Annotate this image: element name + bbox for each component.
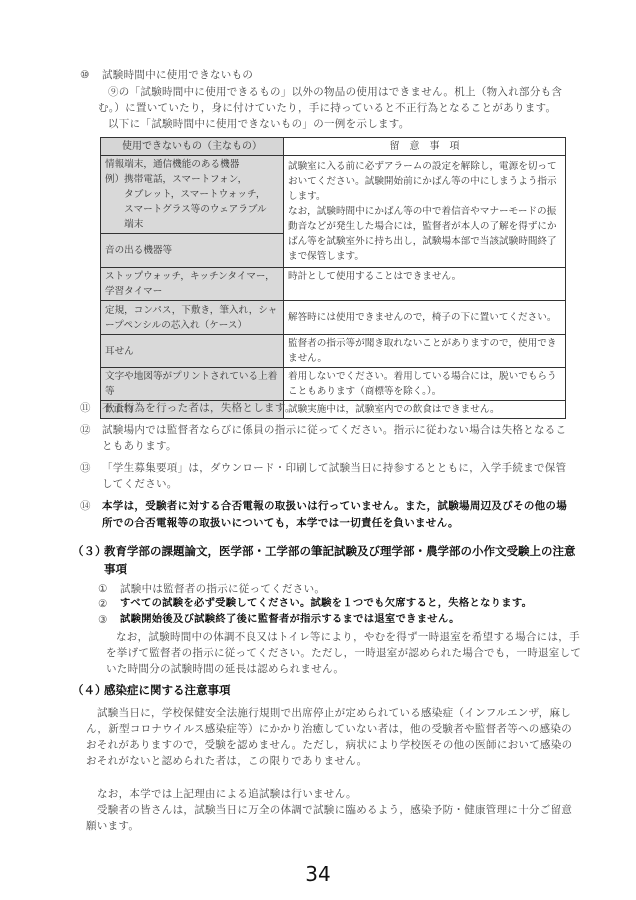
item-cell: ストップウォッチ，キッチンタイマー，学習タイマー — [101, 268, 284, 301]
item-cell: 定規，コンパス，下敷き，筆入れ，シャープペンシルの芯入れ（ケース） — [101, 301, 284, 335]
item-number: ⑪ — [80, 400, 102, 416]
item-text: 試験開始後及び試験終了後に監督者が指示するまでは退室できません。 — [120, 612, 460, 628]
item-cell: 情報端末，通信機能のある機器 例）携帯電話，スマートフォン， タブレット，スマー… — [101, 156, 284, 234]
list-item: ③ 試験開始後及び試験終了後に監督者が指示するまでは退室できません。 — [98, 612, 582, 628]
section-3-heading: （３） 教育学部の課題論文，医学部・工学部の筆記試験及び理学部・農学部の小作文受… — [72, 542, 582, 578]
item-text: すべての試験を必ず受験してください。試験を１つでも欠席すると，失格となります。 — [120, 596, 532, 612]
rule-text: 試験場内では監督者ならびに係員の指示に従ってください。指示に従わない場合は失格と… — [102, 422, 576, 454]
item-number: ② — [98, 596, 120, 612]
item-number: ③ — [98, 612, 120, 628]
heading-text: 試験時間中に使用できないもの — [102, 69, 253, 81]
column-header-notes: 留 意 事 項 — [284, 138, 566, 156]
section-10-intro: 以下に「試験時間中に使用できないもの」の一例を示します。 — [80, 116, 580, 132]
table-row: 情報端末，通信機能のある機器 例）携帯電話，スマートフォン， タブレット，スマー… — [101, 156, 566, 234]
note-cell: 監督者の指示等が聞き取れないことがありますので，使用できません。 — [284, 335, 566, 368]
section-10-heading: ⑩試験時間中に使用できないもの — [80, 67, 580, 83]
section-4-paragraph: 受験者の皆さんは，試験当日に万全の体調で試験に臨めるよう，感染予防・健康管理に十… — [86, 802, 582, 834]
item-number: ⑩ — [80, 67, 102, 83]
table-row: 文字や地図等がプリントされている上着等 着用しないでください。着用している場合に… — [101, 368, 566, 401]
item-cell: 音の出る機器等 — [101, 234, 284, 268]
item-number: ① — [98, 582, 120, 596]
rule-text: 本学は，受験者に対する合否電報の取扱いは行っていません。また，試験場周辺及びその… — [102, 498, 576, 532]
page-number: 34 — [0, 862, 636, 886]
note-cell: 試験室に入る前に必ずアラームの設定を解除し，電源を切っておいてください。試験開始… — [284, 156, 566, 268]
section-number: （３） — [72, 542, 104, 578]
section-title: 感染症に関する注意事項 — [104, 681, 231, 699]
note-cell: 着用しないでください。着用している場合には，脱いでもらうこともあります（商標等を… — [284, 368, 566, 401]
table-row: 定規，コンパス，下敷き，筆入れ，シャープペンシルの芯入れ（ケース） 解答時には使… — [101, 301, 566, 335]
rule-item-13: ⑬ 「学生募集要項」は，ダウンロード・印刷して試験当日に持参するとともに，入学手… — [80, 460, 576, 492]
section-4-heading: （４） 感染症に関する注意事項 — [72, 681, 582, 699]
item-cell: 文字や地図等がプリントされている上着等 — [101, 368, 284, 401]
rule-item-11: ⑪ 不正行為を行った者は，失格とします。 — [80, 400, 576, 416]
item-number: ⑫ — [80, 422, 102, 454]
rule-item-14: ⑭ 本学は，受験者に対する合否電報の取扱いは行っていません。また，試験場周辺及び… — [80, 498, 576, 532]
rule-item-12: ⑫ 試験場内では監督者ならびに係員の指示に従ってください。指示に従わない場合は失… — [80, 422, 576, 454]
section-4-paragraph: なお，本学では上記理由による追試験は行いません。 — [86, 786, 582, 802]
item-text: 試験中は監督者の指示に従ってください。 — [120, 582, 325, 596]
section-4-paragraph: 試験当日に，学校保健安全法施行規則で出席停止が定められている感染症（インフルエン… — [86, 705, 582, 769]
column-header-item: 使用できないもの（主なもの） — [101, 138, 284, 156]
item-number: ⑭ — [80, 498, 102, 532]
rule-text: 「学生募集要項」は，ダウンロード・印刷して試験当日に持参するとともに，入学手続ま… — [102, 460, 576, 492]
item-number: ⑬ — [80, 460, 102, 492]
section-4: （４） 感染症に関する注意事項 試験当日に，学校保健安全法施行規則で出席停止が定… — [72, 681, 582, 834]
rule-text: 不正行為を行った者は，失格とします。 — [102, 400, 576, 416]
table-header-row: 使用できないもの（主なもの） 留 意 事 項 — [101, 138, 566, 156]
item-cell: 耳せん — [101, 335, 284, 368]
note-cell: 解答時には使用できませんので，椅子の下に置いてください。 — [284, 301, 566, 335]
section-10: ⑩試験時間中に使用できないもの ⑨の「試験時間中に使用できるもの」以外の物品の使… — [80, 67, 580, 132]
note-cell: 時計として使用することはできません。 — [284, 268, 566, 301]
section-4-body: 試験当日に，学校保健安全法施行規則で出席停止が定められている感染症（インフルエン… — [72, 705, 582, 834]
section-3-list: ① 試験中は監督者の指示に従ってください。 ② すべての試験を必ず受験してくださ… — [98, 582, 582, 677]
section-title: 教育学部の課題論文，医学部・工学部の筆記試験及び理学部・農学部の小作文受験上の注… — [104, 542, 582, 578]
list-item: ② すべての試験を必ず受験してください。試験を１つでも欠席すると，失格となります… — [98, 596, 582, 612]
section-3-note: なお，試験時間中の体調不良又はトイレ等により，やむを得ず一時退室を希望する場合に… — [98, 629, 582, 677]
list-item: ① 試験中は監督者の指示に従ってください。 — [98, 582, 582, 596]
table-row: 耳せん 監督者の指示等が聞き取れないことがありますので，使用できません。 — [101, 335, 566, 368]
section-number: （４） — [72, 681, 104, 699]
section-10-paragraph: ⑨の「試験時間中に使用できるもの」以外の物品の使用はできません。机上（物入れ部分… — [80, 84, 580, 116]
rules-list: ⑪ 不正行為を行った者は，失格とします。 ⑫ 試験場内では監督者ならびに係員の指… — [80, 400, 576, 532]
section-3: （３） 教育学部の課題論文，医学部・工学部の筆記試験及び理学部・農学部の小作文受… — [72, 542, 582, 677]
table-row: ストップウォッチ，キッチンタイマー，学習タイマー 時計として使用することはできま… — [101, 268, 566, 301]
prohibited-items-table: 使用できないもの（主なもの） 留 意 事 項 情報端末，通信機能のある機器 例）… — [100, 137, 566, 419]
